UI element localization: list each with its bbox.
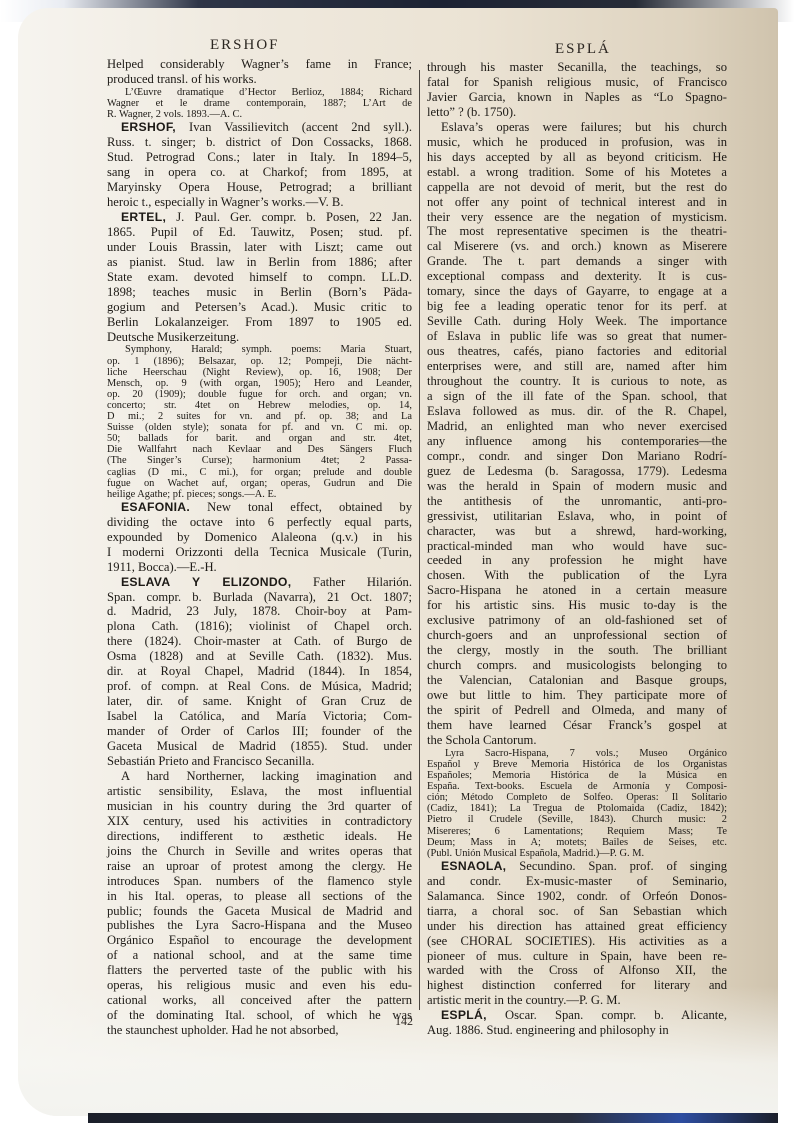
text-line: d. Madrid, 23 July, 1878. Choir-boy at P… bbox=[107, 604, 412, 619]
dictionary-entry: ERTEL, J. Paul. Ger. compr. b. Posen, 22… bbox=[107, 210, 412, 345]
text-line: the staunchest upholder. Had he not abso… bbox=[107, 1023, 412, 1038]
text-line: enterprises were, and still are, named a… bbox=[427, 359, 727, 374]
dictionary-entry: ESNAOLA, Secundino. Span. prof. of singi… bbox=[427, 859, 727, 1009]
text-line: joins the Church in Seville and writes o… bbox=[107, 844, 412, 859]
text-line: (Cadiz, 1841); La Tregua de Ptolomaida (… bbox=[427, 803, 727, 814]
text-line: a sign of the ill fate of the Span. scho… bbox=[427, 389, 727, 404]
body-paragraph: A hard Northerner, lacking imagination a… bbox=[107, 769, 412, 1038]
text-line: the antithesis of the unromantic, anti-p… bbox=[427, 494, 727, 509]
text-line: Sebastián Prieto and Francisco Secanilla… bbox=[107, 754, 412, 769]
entry-headword: ESPLÁ, bbox=[441, 1008, 487, 1022]
text-line: Suisse (olden style); sonata for pf. and… bbox=[107, 422, 412, 433]
text-line: Berlin Lokalanzeiger. From 1897 to 1905 … bbox=[107, 315, 412, 330]
text-line: ceeded in any profession he might have bbox=[427, 553, 727, 568]
text-line: introduces Span. numbers of the flamenco… bbox=[107, 874, 412, 889]
text-line: church-goers and an unprofessional secti… bbox=[427, 628, 727, 643]
text-line: chosen. With the publication of the Lyra bbox=[427, 568, 727, 583]
text-line: his days accepted by all as beyond criti… bbox=[427, 150, 727, 165]
running-head-left: ERSHOF bbox=[210, 37, 280, 54]
text-line: I moderni Orizzonti della Tecnica Musica… bbox=[107, 545, 412, 560]
text-line: Lyra Sacro-Hispana, 7 vols.; Museo Orgán… bbox=[427, 748, 727, 759]
text-line: State exam. devoted himself to compn. LL… bbox=[107, 270, 412, 285]
text-line: España. Text-books. Escuela de Armonía y… bbox=[427, 781, 727, 792]
text-line: tomary, since the days of Gayarre, to en… bbox=[427, 284, 727, 299]
text-line: Orgánico Español to encourage the develo… bbox=[107, 933, 412, 948]
text-line: mander of Order of Carlos III; founder o… bbox=[107, 724, 412, 739]
text-line: under his direction has attained great e… bbox=[427, 919, 727, 934]
running-head-right: ESPLÁ bbox=[555, 41, 611, 58]
text-line: not offer any point of technical interes… bbox=[427, 195, 727, 210]
text-line: Mensch, op. 9 (with organ, 1905); Hero a… bbox=[107, 378, 412, 389]
text-line: expounded by Domenico Alaleona (q.v.) in… bbox=[107, 530, 412, 545]
text-line: Span. compr. b. Burlada (Navarra), 21 Oc… bbox=[107, 590, 412, 605]
entry-headword: ESLAVA Y ELIZONDO, bbox=[121, 575, 291, 589]
text-line: gressivist, utilitarian Eslava, who, in … bbox=[427, 509, 727, 524]
text-line: Eslava’s operas were failures; but his c… bbox=[427, 120, 727, 135]
photo-backdrop-bottom bbox=[88, 1113, 778, 1123]
text-line: in his Ital. operas, to please all secti… bbox=[107, 889, 412, 904]
text-line: liche Heerschau (Night Review), op. 16, … bbox=[107, 367, 412, 378]
text-line: Pietro il Crudele (Seville, 1843). Churc… bbox=[427, 814, 727, 825]
text-line: under Louis Brassin, later with Liszt; c… bbox=[107, 240, 412, 255]
text-line: Sacro-Hispana he atoned in a certain mea… bbox=[427, 583, 727, 598]
text-line: of the dominating Ital. school, of which… bbox=[107, 1008, 412, 1023]
text-line: later, dir. of same. Knight of Gran Cruz… bbox=[107, 694, 412, 709]
text-line: op. 1 (1896); Belsazar, op. 12; Pompeji,… bbox=[107, 356, 412, 367]
text-line: the spirit of Pedrell and Olmeda, and ma… bbox=[427, 703, 727, 718]
text-line: raise an uproar of protest among the cle… bbox=[107, 859, 412, 874]
text-line: ERTEL, J. Paul. Ger. compr. b. Posen, 22… bbox=[107, 210, 412, 225]
text-line: Español y Breve Memoria Histórica de los… bbox=[427, 759, 727, 770]
dictionary-entry: ESAFONIA. New tonal effect, obtained byd… bbox=[107, 500, 412, 575]
text-line: and condr. Ex-music-master of Seminario, bbox=[427, 874, 727, 889]
text-line: Aug. 1886. Stud. engineering and philoso… bbox=[427, 1023, 727, 1038]
left-column: Helped considerably Wagner’s fame in Fra… bbox=[107, 57, 412, 1038]
text-line: (see CHORAL SOCIETIES). His activities a… bbox=[427, 934, 727, 949]
text-line: A hard Northerner, lacking imagination a… bbox=[107, 769, 412, 784]
text-line: any influence among his contemporaries—t… bbox=[427, 434, 727, 449]
text-line: establ. a wrong tradition. Some of his M… bbox=[427, 165, 727, 180]
text-line: operas, his religious music and even his… bbox=[107, 978, 412, 993]
text-line: (Publ. Unión Musical Española, Madrid.)—… bbox=[427, 848, 727, 859]
works-list: Symphony, Harald; symph. poems: Maria St… bbox=[107, 344, 412, 499]
text-line: throughout the country. It is curious to… bbox=[427, 374, 727, 389]
text-line: Osma (1828) and at Seville Cath. (1832).… bbox=[107, 649, 412, 664]
text-line: Deutsche Musikerzeitung. bbox=[107, 330, 412, 345]
text-line: Maryinsky Opera House, Petrograd; a bril… bbox=[107, 180, 412, 195]
body-paragraph: through his master Secanilla, the teachi… bbox=[427, 60, 727, 120]
body-paragraph: Helped considerably Wagner’s fame in Fra… bbox=[107, 57, 412, 87]
text-line: caglias (D mi., C mi.), for organ; prelu… bbox=[107, 467, 412, 478]
text-line: the clergy, mostly in the south. The bri… bbox=[427, 643, 727, 658]
text-line: owe but little to him. They participate … bbox=[427, 688, 727, 703]
text-line: fatal for Spanish religious music, of Fr… bbox=[427, 75, 727, 90]
text-line: Die Wallfahrt nach Kevlaar and Des Sänge… bbox=[107, 444, 412, 455]
text-line: L’Œuvre dramatique d’Hector Berlioz, 188… bbox=[107, 87, 412, 98]
text-line: (The Singer’s Curse); harmonium 4tet; 2 … bbox=[107, 455, 412, 466]
text-line: Helped considerably Wagner’s fame in Fra… bbox=[107, 57, 412, 72]
text-line: public; founds the Gaceta Musical de Mad… bbox=[107, 904, 412, 919]
text-line: ESAFONIA. New tonal effect, obtained by bbox=[107, 500, 412, 515]
entry-headword: ERTEL, bbox=[121, 210, 166, 224]
text-line: cappella are not devoid of merit, but th… bbox=[427, 180, 727, 195]
text-line: character, was but a shrewd, hard-workin… bbox=[427, 524, 727, 539]
right-column: through his master Secanilla, the teachi… bbox=[427, 60, 727, 1038]
text-line: produced transl. of his works. bbox=[107, 72, 412, 87]
text-line: ción; Método Completo de Solfeo. Operas:… bbox=[427, 792, 727, 803]
text-line: concerto; str. 4tet on Hebrew melodies, … bbox=[107, 400, 412, 411]
text-line: of a national school, and at the same ti… bbox=[107, 948, 412, 963]
text-line: through his master Secanilla, the teachi… bbox=[427, 60, 727, 75]
text-line: The most representative specimen is the … bbox=[427, 224, 727, 239]
text-line: Isabel la Católica, and María Victoria; … bbox=[107, 709, 412, 724]
text-line: Wagner et le drame contemporain, 1887; L… bbox=[107, 98, 412, 109]
text-line: R. Wagner, 2 vols. 1893.—A. C. bbox=[107, 109, 412, 120]
text-line: for his artistic sins. His music to-day … bbox=[427, 598, 727, 613]
text-line: warded with the Cross of Alfonso XII, th… bbox=[427, 963, 727, 978]
text-line: plona Cath. (1816); violinist of Chapel … bbox=[107, 619, 412, 634]
text-line: Javier Garcia, known in Naples as “Lo Sp… bbox=[427, 90, 727, 105]
text-line: Eslava followed as mus. dir. of the R. C… bbox=[427, 404, 727, 419]
text-line: ESPLÁ, Oscar. Span. compr. b. Alicante, bbox=[427, 1008, 727, 1023]
text-line: ERSHOF, Ivan Vassilievitch (accent 2nd s… bbox=[107, 120, 412, 135]
text-line: cal Miserere (vs. and orch.) known as Mi… bbox=[427, 239, 727, 254]
text-line: Madrid, an enlighted man who never exerc… bbox=[427, 419, 727, 434]
text-line: fugue on Wachet auf, organ; operas, Gudr… bbox=[107, 478, 412, 489]
text-line: prof. of compn. at Real Cons. de Música,… bbox=[107, 679, 412, 694]
page-number: 142 bbox=[395, 1014, 413, 1029]
text-line: Salamanca. Since 1902, condr. of Orfeón … bbox=[427, 889, 727, 904]
text-line: dividing the octave into 6 perfectly equ… bbox=[107, 515, 412, 530]
text-line: sang in opera co. at Charkof; from 1895,… bbox=[107, 165, 412, 180]
text-line: XIX century, used his activities in cont… bbox=[107, 814, 412, 829]
text-line: highest distinction conferred for litera… bbox=[427, 978, 727, 993]
text-line: church comprs. and musicologists belongi… bbox=[427, 658, 727, 673]
text-line: big fee a leading operatic tenor for its… bbox=[427, 299, 727, 314]
text-line: music, which he produced in profusion, w… bbox=[427, 135, 727, 150]
text-line: Gaceta Musical de Madrid (1855). Stud. u… bbox=[107, 739, 412, 754]
text-line: flatters the perverted taste of the publ… bbox=[107, 963, 412, 978]
text-line: heroic t., especially in Wagner’s works.… bbox=[107, 195, 412, 210]
text-line: Misereres; 6 Lamentations; Requiem Mass;… bbox=[427, 826, 727, 837]
entry-headword: ERSHOF, bbox=[121, 120, 176, 134]
works-list: Lyra Sacro-Hispana, 7 vols.; Museo Orgán… bbox=[427, 748, 727, 859]
text-line: exceptional compass and dexterity. It is… bbox=[427, 269, 727, 284]
text-line: Russ. t. singer; b. district of Don Coss… bbox=[107, 135, 412, 150]
text-line: letto” ? (b. 1750). bbox=[427, 105, 727, 120]
text-line: the Valencian, Catalonian and Basque gro… bbox=[427, 673, 727, 688]
text-line: tiarra, a choral soc. of San Sebastian w… bbox=[427, 904, 727, 919]
text-line: guez de Ledesma (b. Saragossa, 1779). Le… bbox=[427, 464, 727, 479]
text-line: as pianist. Stud. law in Berlin from 188… bbox=[107, 255, 412, 270]
text-line: op. 20 (1909); double fugue for orch. an… bbox=[107, 389, 412, 400]
text-line: of Eslava in public life was so great th… bbox=[427, 329, 727, 344]
text-line: Grande. The t. part demands a singer wit… bbox=[427, 254, 727, 269]
text-line: directions, indifferent to æsthetic idea… bbox=[107, 829, 412, 844]
text-line: practical-minded man who would have suc- bbox=[427, 539, 727, 554]
text-line: ESNAOLA, Secundino. Span. prof. of singi… bbox=[427, 859, 727, 874]
text-line: ous theatres, cafés, piano factories and… bbox=[427, 344, 727, 359]
text-line: Españoles; Memoria Histórica de la Músic… bbox=[427, 770, 727, 781]
text-line: was the herald in Spain of modern music … bbox=[427, 479, 727, 494]
dictionary-entry: ERSHOF, Ivan Vassilievitch (accent 2nd s… bbox=[107, 120, 412, 210]
text-line: musician in his country during the 3rd q… bbox=[107, 799, 412, 814]
text-line: compr., condr. and singer Don Mariano Ro… bbox=[427, 449, 727, 464]
text-line: the Schola Cantorum. bbox=[427, 733, 727, 748]
text-line: Seville Cath. during Holy Week. The impo… bbox=[427, 314, 727, 329]
text-line: artistic merit in the country.—P. G. M. bbox=[427, 993, 727, 1008]
text-line: publishes the Lyra Sacro-Hispana and the… bbox=[107, 918, 412, 933]
text-line: 1911, Bocca).—E.-H. bbox=[107, 560, 412, 575]
works-list: L’Œuvre dramatique d’Hector Berlioz, 188… bbox=[107, 87, 412, 120]
text-line: gogium and Petersen’s Acad.). Music crit… bbox=[107, 300, 412, 315]
text-line: D mi.; 2 suites for vn. and pf. op. 38; … bbox=[107, 411, 412, 422]
text-line: artistic sensibility, Eslava, the most i… bbox=[107, 784, 412, 799]
text-line: pioneer of mus. culture in Spain, have b… bbox=[427, 949, 727, 964]
text-line: ESLAVA Y ELIZONDO, Father Hilarión. bbox=[107, 575, 412, 590]
text-line: 1898; teaches music in Berlin (Born’s Pä… bbox=[107, 285, 412, 300]
text-line: 50; ballads for barit. and organ and str… bbox=[107, 433, 412, 444]
text-line: there (1824). Choir-master at Cath. of B… bbox=[107, 634, 412, 649]
dictionary-entry: ESLAVA Y ELIZONDO, Father Hilarión.Span.… bbox=[107, 575, 412, 769]
column-divider bbox=[419, 70, 420, 1010]
text-line: heilige Agathe; pf. pieces; songs.—A. E. bbox=[107, 489, 412, 500]
text-line: Deum; Mass in A; motets; Bailes de Seise… bbox=[427, 837, 727, 848]
body-paragraph: Eslava’s operas were failures; but his c… bbox=[427, 120, 727, 748]
text-line: exclusive patrimony of an old-fashioned … bbox=[427, 613, 727, 628]
text-line: their very essence are the negation of m… bbox=[427, 210, 727, 225]
entry-headword: ESAFONIA. bbox=[121, 500, 190, 514]
text-line: Stud. Petrograd Cons.; later in Italy. I… bbox=[107, 150, 412, 165]
text-line: cational works, all conceived after the … bbox=[107, 993, 412, 1008]
text-line: dir. at Royal Chapel, Madrid (1844). In … bbox=[107, 664, 412, 679]
dictionary-entry: ESPLÁ, Oscar. Span. compr. b. Alicante,A… bbox=[427, 1008, 727, 1038]
text-line: 1865. Pupil of Ed. Tauwitz, Posen; stud.… bbox=[107, 225, 412, 240]
text-line: them have learned César Franck’s gospel … bbox=[427, 718, 727, 733]
text-line: Symphony, Harald; symph. poems: Maria St… bbox=[107, 344, 412, 355]
entry-headword: ESNAOLA, bbox=[441, 859, 506, 873]
